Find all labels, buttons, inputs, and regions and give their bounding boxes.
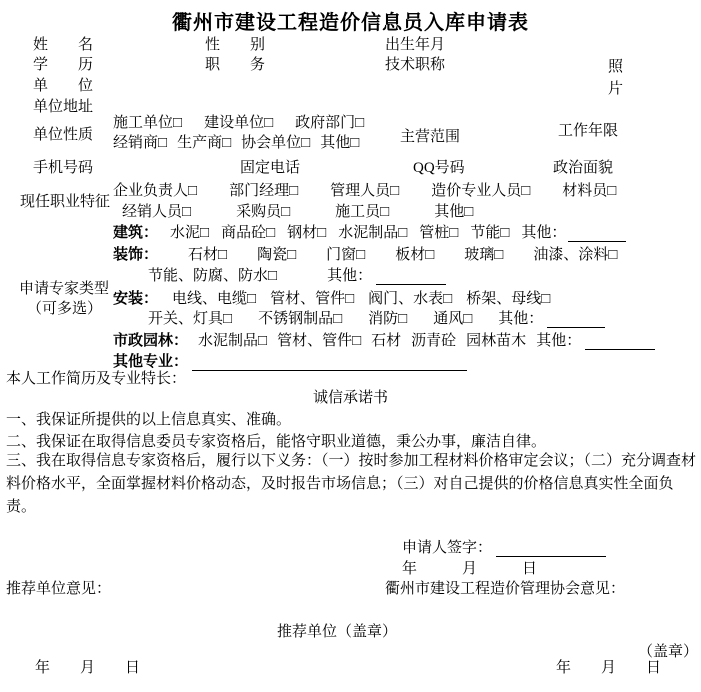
construction-option: 管桩□	[419, 221, 458, 242]
education-field-label: 学 历	[33, 53, 93, 74]
installation-option: 管材、管件□	[270, 287, 354, 308]
decoration-option: 石材□	[188, 243, 227, 264]
blank-underline	[192, 358, 467, 371]
occupation-option: 管理人员□	[330, 179, 399, 200]
date-left: 年 月 日	[35, 656, 140, 677]
unit-nature-option: 协会单位□	[241, 131, 310, 152]
expert-type-label: 申请专家类型	[19, 277, 109, 298]
expert-construction-row: 建筑： 水泥□ 商品砼□ 钢材□ 水泥制品□ 管桩□ 节能□ 其他：	[113, 221, 626, 242]
municipal-option: 水泥制品□	[198, 329, 267, 350]
resume-label: 本人工作简历及专业特长：	[6, 367, 186, 388]
blank-underline	[547, 315, 605, 328]
expert-decoration-row2: 节能、防腐、防水□ 其他：	[148, 264, 446, 285]
blank-underline	[585, 337, 655, 350]
construction-option: 节能□	[470, 221, 509, 242]
expert-type-sublabel: （可多选）	[27, 297, 102, 318]
installation-option: 消防□	[368, 307, 407, 328]
association-opinion-label: 衢州市建设工程造价管理协会意见：	[385, 577, 625, 598]
applicant-signature-row: 申请人签字：	[402, 536, 606, 557]
pledge-item-3: 三、我在取得信息专家资格后，履行以下义务：（一）按时参加工程材料价格审定会议；（…	[6, 450, 698, 519]
unit-nature-option: 生产商□	[177, 131, 231, 152]
municipal-category-label: 市政园林：	[113, 329, 188, 350]
tech-title-field-label: 技术职称	[385, 53, 445, 74]
occupation-options-row1: 企业负责人□ 部门经理□ 管理人员□ 造价专业人员□ 材料员□	[113, 179, 616, 200]
birth-field-label: 出生年月	[385, 33, 445, 54]
gender-field-label: 性 别	[205, 33, 265, 54]
blank-underline	[496, 544, 606, 557]
construction-option: 其他：	[521, 221, 566, 242]
construction-category-label: 建筑：	[113, 221, 158, 242]
photo-label-top: 照	[608, 55, 623, 76]
unit-nature-option: 建设单位□	[204, 111, 273, 132]
decoration-option: 陶瓷□	[257, 243, 296, 264]
occupation-option: 材料员□	[562, 179, 616, 200]
unit-nature-option: 其他□	[320, 131, 359, 152]
occupation-label: 现任职业特征	[20, 190, 110, 211]
unit-nature-options-row2: 经销商□ 生产商□ 协会单位□ 其他□	[113, 131, 359, 152]
blank-underline	[376, 272, 446, 285]
qq-field-label: QQ号码	[413, 156, 465, 177]
date-right: 年 月 日	[556, 656, 661, 677]
unit-nature-option: 经销商□	[113, 131, 167, 152]
expert-municipal-row: 市政园林： 水泥制品□ 管材、管件□ 石材 沥青砼 园林苗木 其他：	[113, 329, 655, 350]
municipal-option: 沥青砼	[411, 329, 456, 350]
unit-nature-option: 施工单位□	[113, 111, 182, 132]
politics-field-label: 政治面貌	[553, 156, 613, 177]
decoration-option: 玻璃□	[464, 243, 503, 264]
expert-installation-row2: 开关、灯具□ 不锈钢制品□ 消防□ 通风□ 其他：	[148, 307, 605, 328]
installation-option: 其他：	[498, 307, 543, 328]
applicant-signature-date: 年 月 日	[402, 557, 537, 578]
decoration-option: 油漆、涂料□	[533, 243, 617, 264]
photo-label-bottom: 片	[608, 77, 623, 98]
unit-nature-option: 政府部门□	[295, 111, 364, 132]
installation-option: 阀门、水表□	[368, 287, 452, 308]
decoration-option: 板材□	[395, 243, 434, 264]
installation-option: 开关、灯具□	[148, 307, 232, 328]
mobile-field-label: 手机号码	[33, 156, 93, 177]
pledge-item-1: 一、我保证所提供的以上信息真实、准确。	[6, 408, 291, 429]
recommend-opinion-label: 推荐单位意见：	[6, 577, 111, 598]
decoration-option: 门窗□	[326, 243, 365, 264]
application-form: 衢州市建设工程造价信息员入库申请表 姓 名 性 别 出生年月 学 历 职 务 技…	[0, 0, 701, 692]
installation-option: 桥架、母线□	[466, 287, 550, 308]
position-field-label: 职 务	[205, 53, 265, 74]
form-title: 衢州市建设工程造价信息员入库申请表	[0, 6, 701, 35]
expert-decoration-row: 装饰： 石材□ 陶瓷□ 门窗□ 板材□ 玻璃□ 油漆、涂料□	[113, 243, 617, 264]
unit-address-field-label: 单位地址	[33, 95, 93, 116]
occupation-option: 采购员□	[236, 200, 290, 221]
decoration-option: 其他：	[327, 264, 372, 285]
pledge-item-2: 二、我保证在取得信息委员专家资格后，能恪守职业道德，秉公办事，廉洁自律。	[6, 430, 546, 451]
landline-field-label: 固定电话	[240, 156, 300, 177]
occupation-option: 造价专业人员□	[431, 179, 530, 200]
construction-option: 水泥制品□	[338, 221, 407, 242]
occupation-option: 部门经理□	[229, 179, 298, 200]
installation-option: 通风□	[433, 307, 472, 328]
expert-installation-row: 安装： 电线、电缆□ 管材、管件□ 阀门、水表□ 桥架、母线□	[113, 287, 550, 308]
work-years-label: 工作年限	[558, 119, 618, 140]
construction-option: 商品砼□	[221, 221, 275, 242]
recommend-seal-label: 推荐单位（盖章）	[277, 620, 397, 641]
occupation-option: 施工员□	[335, 200, 389, 221]
unit-field-label: 单 位	[33, 74, 93, 95]
installation-option: 不锈钢制品□	[258, 307, 342, 328]
installation-option: 电线、电缆□	[172, 287, 256, 308]
decoration-option: 节能、防腐、防水□	[148, 264, 277, 285]
occupation-option: 其他□	[434, 200, 473, 221]
municipal-option: 园林苗木	[466, 329, 526, 350]
construction-option: 钢材□	[287, 221, 326, 242]
installation-category-label: 安装：	[113, 287, 158, 308]
municipal-option: 管材、管件□	[277, 329, 361, 350]
occupation-option: 经销人员□	[122, 200, 191, 221]
construction-option: 水泥□	[170, 221, 209, 242]
municipal-option: 石材	[371, 329, 401, 350]
applicant-signature-label: 申请人签字：	[402, 536, 492, 557]
unit-nature-label: 单位性质	[33, 123, 93, 144]
occupation-options-row2: 经销人员□ 采购员□ 施工员□ 其他□	[122, 200, 473, 221]
occupation-option: 企业负责人□	[113, 179, 197, 200]
blank-underline	[568, 229, 626, 242]
municipal-option: 其他：	[536, 329, 581, 350]
pledge-heading: 诚信承诺书	[0, 386, 701, 407]
main-business-label: 主营范围	[400, 125, 460, 146]
decoration-category-label: 装饰：	[113, 243, 158, 264]
name-field-label: 姓 名	[33, 33, 93, 54]
unit-nature-options-row1: 施工单位□ 建设单位□ 政府部门□	[113, 111, 364, 132]
